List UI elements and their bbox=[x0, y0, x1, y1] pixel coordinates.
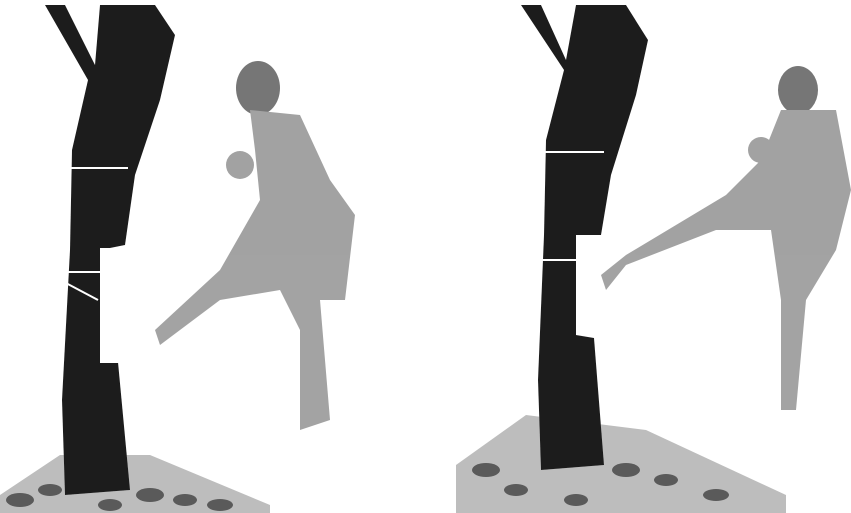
photo-right bbox=[426, 0, 851, 513]
photo-right-graphic bbox=[426, 0, 851, 513]
stones bbox=[0, 455, 270, 513]
kicker-figure bbox=[601, 66, 851, 410]
photo-left-graphic bbox=[0, 0, 425, 513]
kicker-figure bbox=[155, 61, 355, 430]
stones bbox=[456, 415, 786, 513]
photo-left bbox=[0, 0, 425, 513]
kick-pad bbox=[100, 248, 140, 363]
